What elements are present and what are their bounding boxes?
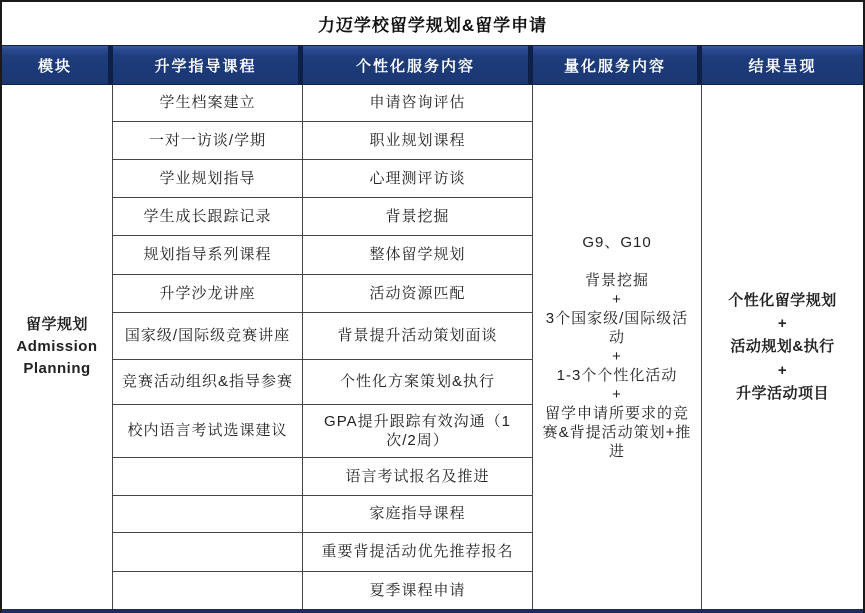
course-cell: 学生成长跟踪记录 (113, 198, 303, 236)
service-cell: GPA提升跟踪有效沟通（1次/2周） (303, 405, 533, 458)
service-cell: 夏季课程申请 (303, 572, 533, 609)
course-cell: 学业规划指导 (113, 160, 303, 198)
service-cell: 背景提升活动策划面谈 (303, 313, 533, 360)
header-cell-personalized-services: 个性化服务内容 (303, 45, 533, 85)
course-cell-empty (113, 458, 303, 496)
service-cell: 家庭指导课程 (303, 496, 533, 533)
course-cell: 学生档案建立 (113, 85, 303, 122)
service-cell: 整体留学规划 (303, 236, 533, 275)
course-cell: 竞赛活动组织&指导参赛 (113, 360, 303, 405)
course-cell: 一对一访谈/学期 (113, 122, 303, 160)
service-cell: 语言考试报名及推进 (303, 458, 533, 496)
course-cell: 升学沙龙讲座 (113, 275, 303, 313)
service-cell: 心理测评访谈 (303, 160, 533, 198)
service-cell: 重要背提活动优先推荐报名 (303, 533, 533, 572)
course-cell: 国家级/国际级竞赛讲座 (113, 313, 303, 360)
header-cell-quantified-services: 量化服务内容 (533, 45, 702, 85)
table-page: 力迈学校留学规划&留学申请 模块 升学指导课程 个性化服务内容 量化服务内容 结… (0, 0, 865, 613)
course-cell-empty (113, 496, 303, 533)
header-cell-results: 结果呈现 (702, 45, 863, 85)
service-cell: 申请咨询评估 (303, 85, 533, 122)
service-cell: 个性化方案策划&执行 (303, 360, 533, 405)
course-cell: 校内语言考试选课建议 (113, 405, 303, 458)
plan-table: 模块 升学指导课程 个性化服务内容 量化服务内容 结果呈现 留学规划 Admis… (2, 45, 863, 609)
service-cell: 活动资源匹配 (303, 275, 533, 313)
course-cell-empty (113, 572, 303, 609)
course-cell-empty (113, 533, 303, 572)
module-cell: 留学规划 Admission Planning (2, 85, 113, 609)
course-cell: 规划指导系列课程 (113, 236, 303, 275)
header-cell-guidance-courses: 升学指导课程 (113, 45, 303, 85)
results-cell: 个性化留学规划 + 活动规划&执行 + 升学活动项目 (702, 85, 863, 609)
title-bar: 力迈学校留学规划&留学申请 (2, 2, 863, 45)
bottom-border-bar (0, 609, 865, 613)
page-title: 力迈学校留学规划&留学申请 (318, 11, 547, 36)
quantified-services-cell: G9、G10 背景挖掘 + 3个国家级/国际级活动 + 1-3个个性化活动 + … (533, 85, 702, 609)
header-cell-module: 模块 (2, 45, 113, 85)
service-cell: 职业规划课程 (303, 122, 533, 160)
service-cell: 背景挖掘 (303, 198, 533, 236)
